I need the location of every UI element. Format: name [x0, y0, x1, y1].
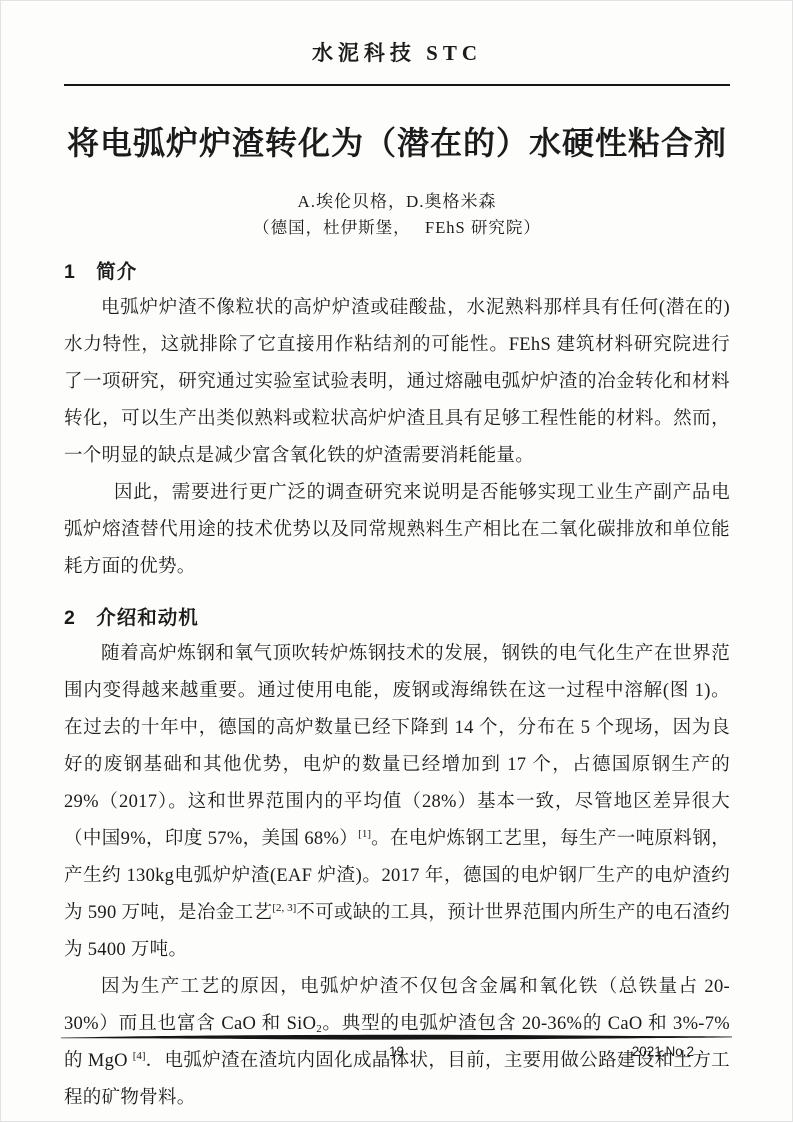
article-title: 将电弧炉炉渣转化为（潜在的）水硬性粘合剂 — [64, 122, 730, 164]
footer-rule — [61, 1033, 732, 1042]
section-2-paragraph-1: 随着高炉炼钢和氧气顶吹转炉炼钢技术的发展，钢铁的电气化生产在世界范围内变得越来越… — [64, 636, 730, 969]
section-1-title: 简介 — [96, 261, 137, 283]
journal-header: 水泥科技 STC — [64, 41, 730, 65]
section-1-heading: 1 简介 — [64, 254, 730, 290]
section-1-number: 1 — [64, 254, 75, 290]
authors-line: A.埃伦贝格，D.奥格米森 — [64, 190, 730, 214]
section-1-paragraph-1: 电弧炉炉渣不像粒状的高炉炉渣或硅酸盐，水泥熟料那样具有任何(潜在的)水力特性，这… — [64, 290, 730, 475]
section-2-heading: 2 介绍和动机 — [64, 600, 730, 636]
footer-text: 19 2021.No.2 — [61, 1043, 732, 1061]
section-2-title: 介绍和动机 — [96, 607, 199, 629]
affiliation-line: （德国，杜伊斯堡， FEhS 研究院） — [64, 216, 730, 240]
section-2-number: 2 — [64, 600, 75, 636]
section-1-paragraph-2: 因此，需要进行更广泛的调查研究来说明是否能够实现工业生产副产品电弧炉熔渣替代用途… — [64, 475, 730, 586]
document-page: 水泥科技 STC 将电弧炉炉渣转化为（潜在的）水硬性粘合剂 A.埃伦贝格，D.奥… — [0, 0, 793, 1122]
page-footer: 19 2021.No.2 — [61, 1033, 732, 1061]
issue-number: 2021.No.2 — [632, 1043, 694, 1061]
header-rule — [64, 84, 730, 86]
